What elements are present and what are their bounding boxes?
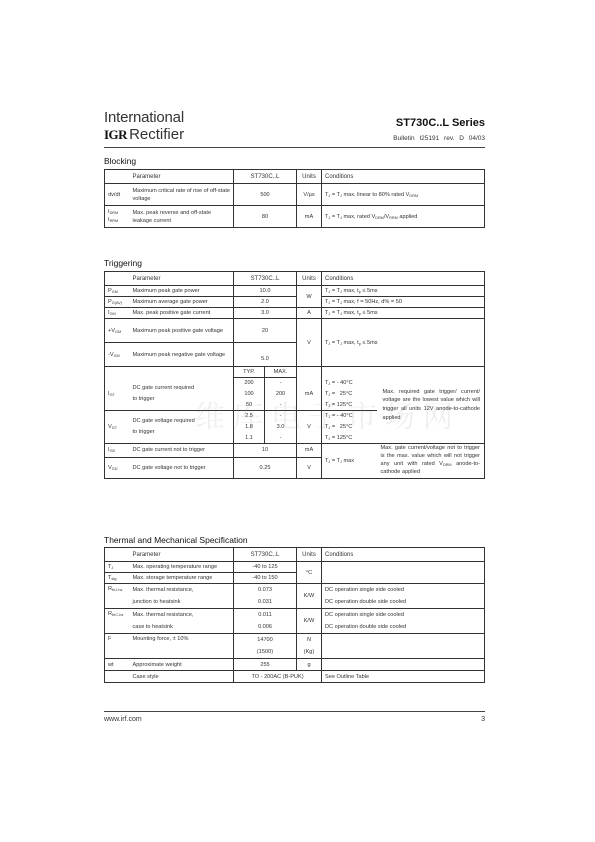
header-value: ST730C..L bbox=[234, 272, 297, 286]
symbol: PGM bbox=[105, 286, 130, 297]
company-logo-line2: IGRRectifier bbox=[104, 126, 184, 143]
parameter: Case style bbox=[130, 671, 234, 683]
value: 2.0 bbox=[234, 297, 297, 308]
parameter: DC gate current not to trigger bbox=[130, 444, 234, 458]
symbol: VGT bbox=[105, 411, 130, 444]
header-max: MAX. bbox=[265, 367, 297, 378]
value: 20 bbox=[234, 319, 297, 343]
parameter: Maximum peak negative gate voltage bbox=[130, 343, 234, 367]
header-units: Units bbox=[297, 548, 322, 562]
units: V bbox=[297, 319, 322, 367]
value: -40 to 150 bbox=[234, 573, 297, 584]
parameter: Maximum peak gate power bbox=[130, 286, 234, 297]
conditions: TJ = TJ max. linear to 80% rated VDRM bbox=[322, 184, 485, 206]
value: 500 bbox=[234, 184, 297, 206]
units: A bbox=[297, 308, 322, 319]
conditions: DC operation single side cooledDC operat… bbox=[322, 584, 485, 609]
parameter: Max. peak reverse and off-state leakage … bbox=[130, 206, 234, 228]
header-value: ST730C..L bbox=[234, 170, 297, 184]
header-conditions: Conditions bbox=[322, 170, 485, 184]
conditions: TJ = TJ max, tp ≤ 5ms bbox=[322, 286, 485, 297]
value: 10.0 bbox=[234, 286, 297, 297]
table-row: TJ Max. operating temperature range -40 … bbox=[105, 562, 485, 573]
units: K/W bbox=[297, 609, 322, 634]
units: mA bbox=[297, 206, 322, 228]
page-number: 3 bbox=[481, 716, 485, 723]
parameter: Max. thermal resistance,case to heatsink bbox=[130, 609, 234, 634]
table-row: IGD DC gate current not to trigger 10 mA… bbox=[105, 444, 485, 458]
conditions: TJ = TJ max, tp ≤ 5ms bbox=[322, 308, 485, 319]
value: 3.0 bbox=[234, 308, 297, 319]
parameter: Max. peak positive gate current bbox=[130, 308, 234, 319]
units: K/W bbox=[297, 584, 322, 609]
value: 5.0 bbox=[234, 343, 297, 367]
watermark: 维库电子市场网 bbox=[195, 392, 461, 436]
symbol: IGT bbox=[105, 378, 130, 411]
triggering-table: Parameter ST730C..L Units Conditions PGM… bbox=[104, 271, 485, 479]
table-row: IGM Max. peak positive gate current 3.0 … bbox=[105, 308, 485, 319]
parameter: Maximum peak positive gate voltage bbox=[130, 319, 234, 343]
symbol: RthC-hs bbox=[105, 609, 130, 634]
table-row: +VGM Maximum peak positive gate voltage … bbox=[105, 319, 485, 343]
table-row: Case style TO - 200AC (B-PUK) See Outlin… bbox=[105, 671, 485, 683]
header-typ: TYP. bbox=[234, 367, 265, 378]
value: 0.25 bbox=[234, 457, 297, 479]
parameter: Mounting force, ± 10% bbox=[130, 634, 234, 659]
section-title-triggering: Triggering bbox=[104, 258, 142, 268]
gd-note: Max. gate current/voltage not to trigger… bbox=[377, 444, 485, 479]
symbol: IDRMIRRM bbox=[105, 206, 130, 228]
header-value: ST730C..L bbox=[234, 548, 297, 562]
value: -40 to 125 bbox=[234, 562, 297, 573]
units: V bbox=[297, 457, 322, 479]
table-row: PGM Maximum peak gate power 10.0 W TJ = … bbox=[105, 286, 485, 297]
value: 255 bbox=[234, 659, 297, 671]
table-row: PG(AV) Maximum average gate power 2.0 TJ… bbox=[105, 297, 485, 308]
table-row: wt Approximate weight 255 g bbox=[105, 659, 485, 671]
symbol: -VGM bbox=[105, 343, 130, 367]
thermal-table: Parameter ST730C..L Units Conditions TJ … bbox=[104, 547, 485, 683]
symbol: +VGM bbox=[105, 319, 130, 343]
symbol: Tstg bbox=[105, 573, 130, 584]
header-parameter: Parameter bbox=[130, 170, 234, 184]
igr-logo-icon: IGR bbox=[104, 127, 127, 142]
value: 14700(1500) bbox=[234, 634, 297, 659]
company-logo-line1: International bbox=[104, 109, 184, 126]
conditions: TJ = TJ max, tp ≤ 5ms bbox=[322, 319, 485, 367]
blocking-table: Parameter ST730C..L Units Conditions dv/… bbox=[104, 169, 485, 228]
symbol: wt bbox=[105, 659, 130, 671]
table-row: dv/dt Maximum critical rate of rise of o… bbox=[105, 184, 485, 206]
parameter: Maximum average gate power bbox=[130, 297, 234, 308]
section-title-blocking: Blocking bbox=[104, 156, 136, 166]
symbol: TJ bbox=[105, 562, 130, 573]
symbol: PG(AV) bbox=[105, 297, 130, 308]
footer-url[interactable]: www.irf.com bbox=[104, 716, 142, 723]
symbol: F bbox=[105, 634, 130, 659]
conditions: TJ = TJ max bbox=[322, 444, 377, 479]
table-row: F Mounting force, ± 10% 14700(1500) N(Kg… bbox=[105, 634, 485, 659]
max-value: - bbox=[265, 378, 297, 389]
conditions: TJ = TJ max, rated VDRM/VRRM applied bbox=[322, 206, 485, 228]
value: TO - 200AC (B-PUK) bbox=[234, 671, 322, 683]
parameter: Max. operating temperature range bbox=[130, 562, 234, 573]
header-units: Units bbox=[297, 272, 322, 286]
conditions: See Outline Table bbox=[322, 671, 485, 683]
conditions: DC operation single side cooledDC operat… bbox=[322, 609, 485, 634]
conditions: TJ = - 40°C bbox=[322, 378, 377, 389]
symbol: VGD bbox=[105, 457, 130, 479]
header-parameter: Parameter bbox=[130, 548, 234, 562]
conditions: TJ = TJ max, f = 50Hz, d% = 50 bbox=[322, 297, 485, 308]
header-units: Units bbox=[297, 170, 322, 184]
parameter: Max. storage temperature range bbox=[130, 573, 234, 584]
units: °C bbox=[297, 562, 322, 584]
value: 10 bbox=[234, 444, 297, 458]
units: mA bbox=[297, 444, 322, 458]
units: W bbox=[297, 286, 322, 308]
header-parameter: Parameter bbox=[130, 272, 234, 286]
units: N(Kg) bbox=[297, 634, 322, 659]
header-conditions: Conditions bbox=[322, 548, 485, 562]
symbol: IGD bbox=[105, 444, 130, 458]
units: V/µs bbox=[297, 184, 322, 206]
parameter: Max. thermal resistance,junction to heat… bbox=[130, 584, 234, 609]
header-conditions: Conditions bbox=[322, 272, 485, 286]
value: 0.0110.006 bbox=[234, 609, 297, 634]
bulletin-info: Bulletin I25191 rev. D 04/03 bbox=[393, 135, 485, 142]
symbol: dv/dt bbox=[105, 184, 130, 206]
symbol: RthJ-hs bbox=[105, 584, 130, 609]
symbol: IGM bbox=[105, 308, 130, 319]
parameter: DC gate voltage not to trigger bbox=[130, 457, 234, 479]
value: 0.0730.031 bbox=[234, 584, 297, 609]
table-row: RthJ-hs Max. thermal resistance,junction… bbox=[105, 584, 485, 609]
typ-value: 200 bbox=[234, 378, 265, 389]
parameter: Maximum critical rate of rise of off-sta… bbox=[130, 184, 234, 206]
parameter: Approximate weight bbox=[130, 659, 234, 671]
units: g bbox=[297, 659, 322, 671]
footer-divider bbox=[104, 711, 485, 712]
value: 80 bbox=[234, 206, 297, 228]
section-title-thermal: Thermal and Mechanical Specification bbox=[104, 535, 248, 545]
table-row: IDRMIRRM Max. peak reverse and off-state… bbox=[105, 206, 485, 228]
series-title: ST730C..L Series bbox=[396, 117, 485, 129]
header-divider bbox=[104, 147, 485, 148]
table-row: RthC-hs Max. thermal resistance,case to … bbox=[105, 609, 485, 634]
